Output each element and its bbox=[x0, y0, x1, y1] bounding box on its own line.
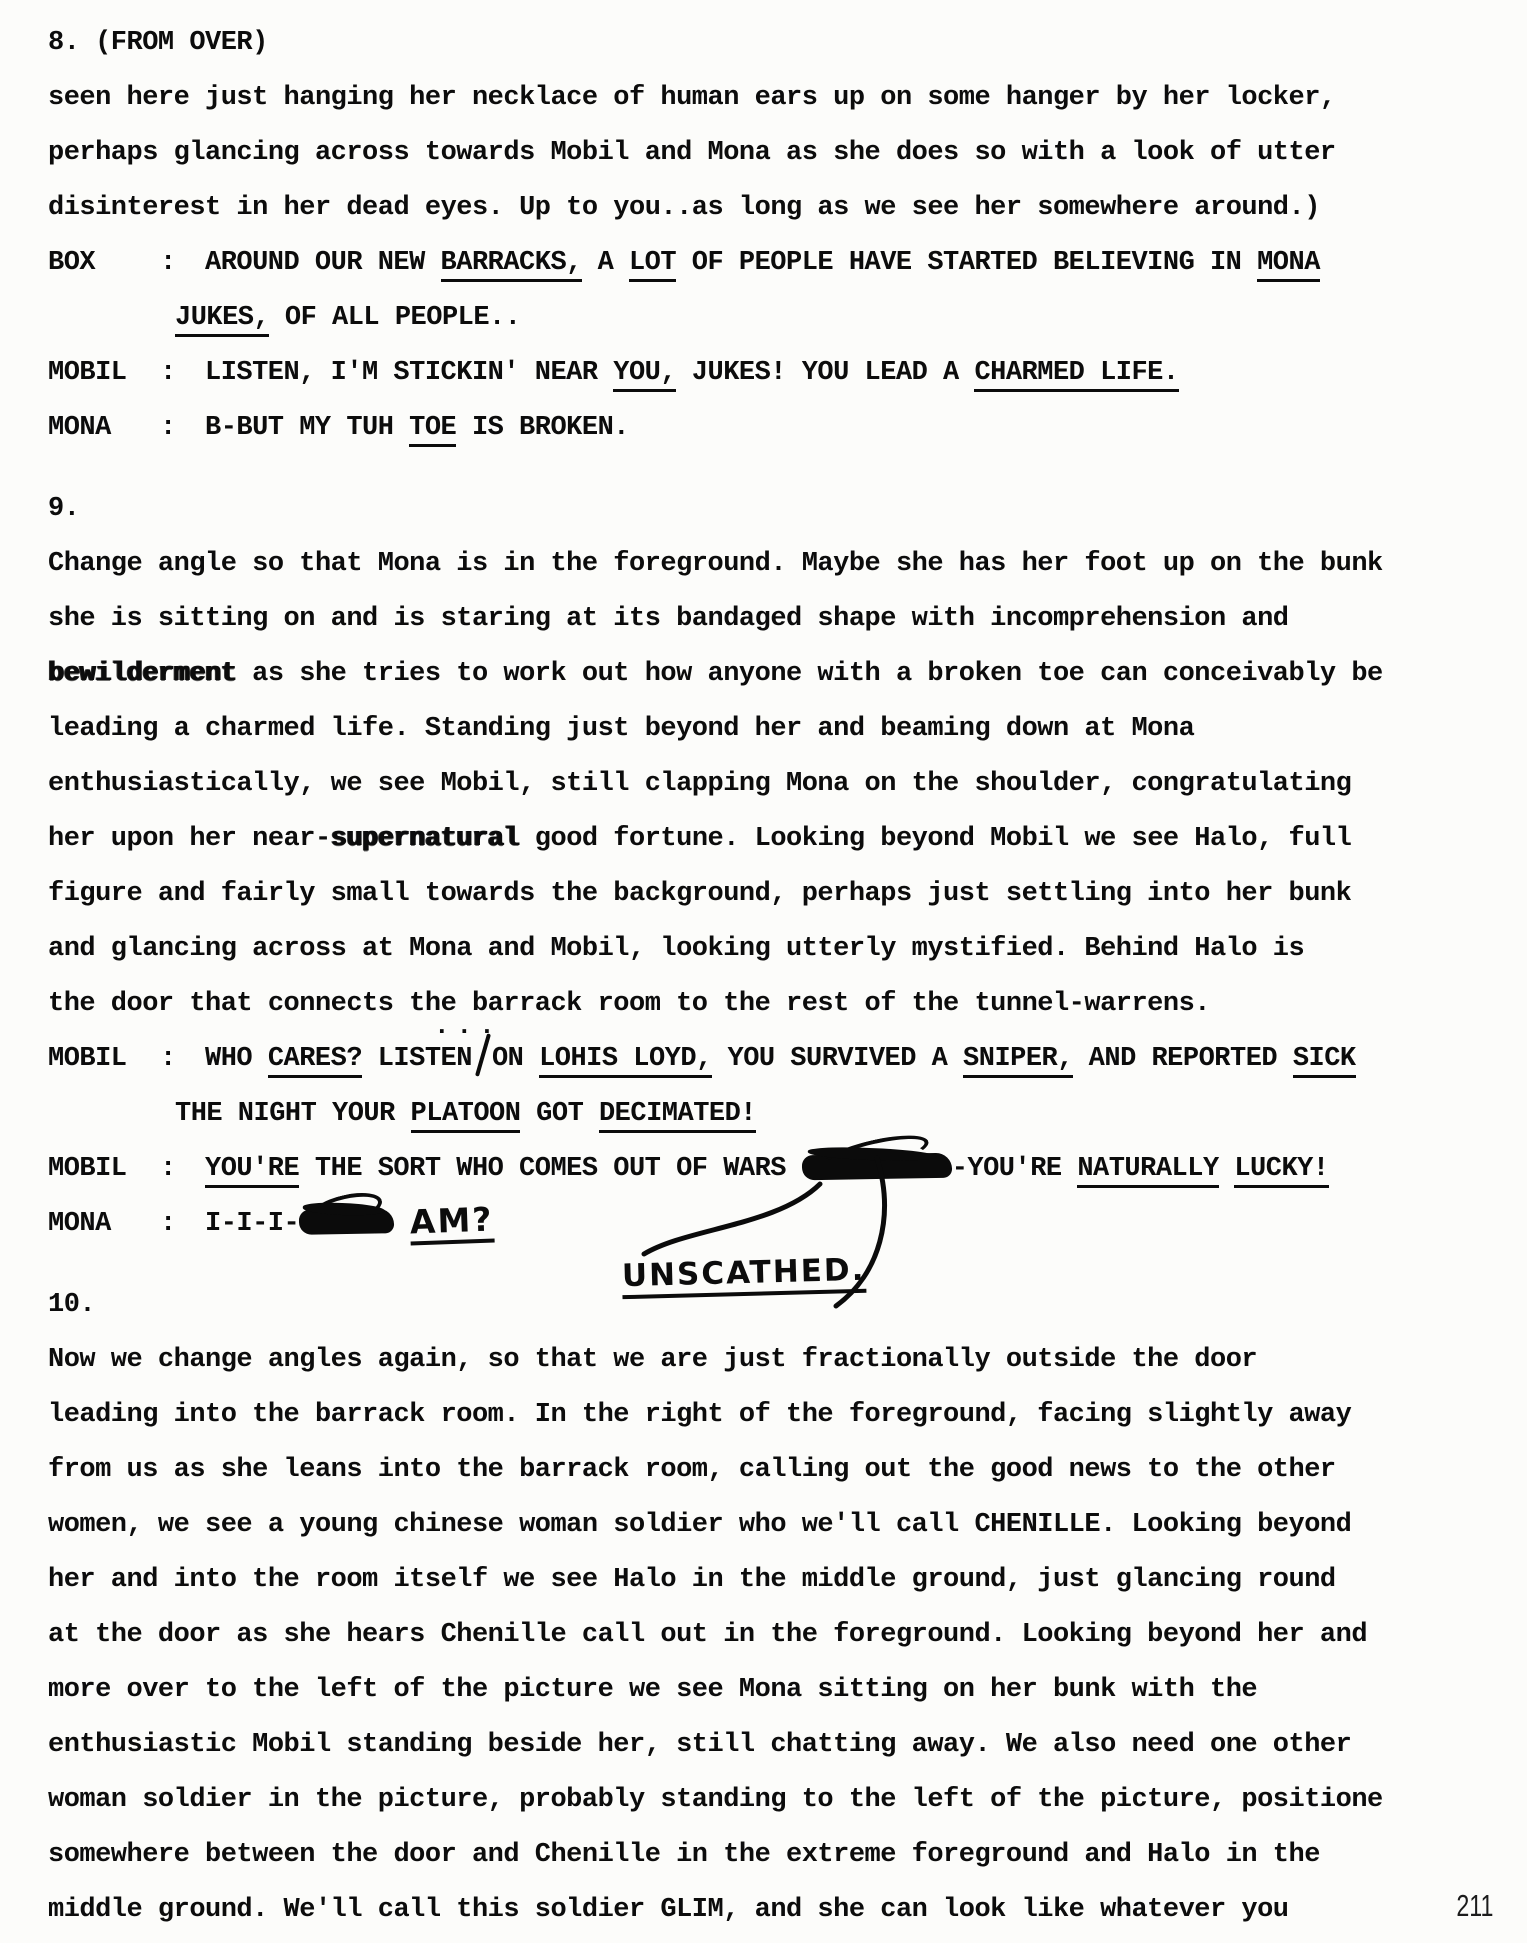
underlined-text: CARES? bbox=[268, 1044, 362, 1078]
typed-text: her and into the room itself we see Halo… bbox=[48, 1565, 1336, 1595]
speaker-name: MOBIL bbox=[48, 346, 160, 401]
action-paragraph: Now we change angles again, so that we a… bbox=[48, 1333, 1527, 1938]
dialogue-row: MOBIL:LISTEN, I'M STICKIN' NEAR YOU, JUK… bbox=[48, 346, 1527, 401]
speaker-colon: : bbox=[160, 236, 205, 291]
handwritten-text: AM? bbox=[409, 1203, 494, 1246]
dialogue-row: MONA:B-BUT MY TUH TOE IS BROKEN. bbox=[48, 401, 1527, 456]
typed-text: LISTEN bbox=[362, 1044, 472, 1074]
dialogue-row: MOBIL:WHO CARES? LISTEN...ON LOHIS LOYD,… bbox=[48, 1032, 1527, 1142]
speaker-name: MONA bbox=[48, 1197, 160, 1252]
insertion-caret: ... bbox=[472, 1035, 492, 1075]
dialogue-line: JUKES, OF ALL PEOPLE.. bbox=[175, 291, 1527, 346]
action-line: women, we see a young chinese woman sold… bbox=[48, 1498, 1527, 1553]
dialogue-lines: B-BUT MY TUH TOE IS BROKEN. bbox=[205, 401, 1527, 456]
underlined-text: BARRACKS, bbox=[441, 248, 582, 282]
underlined-text: LUCKY! bbox=[1234, 1154, 1328, 1188]
typed-text: and glancing across at Mona and Mobil, l… bbox=[48, 934, 1304, 964]
underlined-text: SNIPER, bbox=[963, 1044, 1073, 1078]
typed-text: somewhere between the door and Chenille … bbox=[48, 1840, 1320, 1870]
dialogue-line: LISTEN, I'M STICKIN' NEAR YOU, JUKES! YO… bbox=[205, 346, 1527, 401]
typed-text: LISTEN, I'M STICKIN' NEAR bbox=[205, 358, 613, 388]
typed-text: supernatural bbox=[331, 824, 519, 854]
typed-text: JUKES! YOU LEAD A bbox=[676, 358, 974, 388]
typed-text: women, we see a young chinese woman sold… bbox=[48, 1510, 1351, 1540]
typed-text: the door that connects the barrack room … bbox=[48, 989, 1210, 1019]
typed-text: B-BUT MY TUH bbox=[205, 413, 409, 443]
dialogue-row: MOBIL:YOU'RE THE SORT WHO COMES OUT OF W… bbox=[48, 1142, 1527, 1197]
typed-text: bewilderment bbox=[48, 659, 236, 689]
typed-text: enthusiastically, we see Mobil, still cl… bbox=[48, 769, 1351, 799]
scribble-redaction bbox=[801, 1153, 951, 1181]
speaker-colon: : bbox=[160, 1032, 205, 1087]
typed-text: as she tries to work out how anyone with… bbox=[236, 659, 1382, 689]
dialogue-line: I-I-I- AM? bbox=[205, 1197, 1527, 1252]
action-paragraph: Change angle so that Mona is in the fore… bbox=[48, 537, 1527, 1032]
underlined-text: YOU'RE bbox=[205, 1154, 299, 1188]
typed-text: AND REPORTED bbox=[1073, 1044, 1293, 1074]
dialogue-lines: I-I-I- AM? bbox=[205, 1197, 1527, 1252]
speaker-name: BOX bbox=[48, 236, 160, 291]
dialogue-row: MONA:I-I-I- AM? bbox=[48, 1197, 1527, 1252]
typed-text: seen here just hanging her necklace of h… bbox=[48, 83, 1336, 113]
underlined-text: NATURALLY bbox=[1077, 1154, 1218, 1188]
typed-text: -YOU'RE bbox=[952, 1154, 1078, 1184]
typed-text: she is sitting on and is staring at its … bbox=[48, 604, 1289, 634]
dialogue-line: AROUND OUR NEW BARRACKS, A LOT OF PEOPLE… bbox=[205, 236, 1527, 291]
annotation-text: UNSCATHED. bbox=[622, 1255, 866, 1299]
action-line: Change angle so that Mona is in the fore… bbox=[48, 537, 1527, 592]
typed-text: from us as she leans into the barrack ro… bbox=[48, 1455, 1336, 1485]
action-line: bewilderment as she tries to work out ho… bbox=[48, 647, 1527, 702]
typed-text: GOT bbox=[520, 1099, 599, 1129]
typed-text: leading into the barrack room. In the ri… bbox=[48, 1400, 1351, 1430]
typed-text: OF PEOPLE HAVE STARTED BELIEVING IN bbox=[676, 248, 1257, 278]
speaker-colon: : bbox=[160, 401, 205, 456]
page-number: 211 bbox=[1456, 1878, 1493, 1933]
section-heading: 9. bbox=[48, 482, 1527, 537]
dialogue-line: WHO CARES? LISTEN...ON LOHIS LOYD, YOU S… bbox=[205, 1032, 1527, 1087]
action-line: her upon her near-supernatural good fort… bbox=[48, 812, 1527, 867]
typed-text: woman soldier in the picture, probably s… bbox=[48, 1785, 1383, 1815]
typed-text: Change angle so that Mona is in the fore… bbox=[48, 549, 1383, 579]
underlined-text: LOHIS LOYD, bbox=[539, 1044, 712, 1078]
typed-text bbox=[1219, 1154, 1235, 1184]
action-line: leading into the barrack room. In the ri… bbox=[48, 1388, 1527, 1443]
action-line: and glancing across at Mona and Mobil, l… bbox=[48, 922, 1527, 977]
action-line: seen here just hanging her necklace of h… bbox=[48, 71, 1527, 126]
typed-text: middle ground. We'll call this soldier G… bbox=[48, 1895, 1289, 1925]
underlined-text: CHARMED LIFE. bbox=[974, 358, 1178, 392]
speaker-colon: : bbox=[160, 1197, 205, 1252]
action-paragraph: seen here just hanging her necklace of h… bbox=[48, 71, 1527, 236]
typed-text: YOU SURVIVED A bbox=[712, 1044, 963, 1074]
dialogue-lines: AROUND OUR NEW BARRACKS, A LOT OF PEOPLE… bbox=[205, 236, 1527, 346]
underlined-text: LOT bbox=[629, 248, 676, 282]
dialogue-lines: LISTEN, I'M STICKIN' NEAR YOU, JUKES! YO… bbox=[205, 346, 1527, 401]
inserted-ellipsis: ... bbox=[434, 1013, 502, 1039]
typed-text: leading a charmed life. Standing just be… bbox=[48, 714, 1194, 744]
action-line: middle ground. We'll call this soldier G… bbox=[48, 1883, 1527, 1938]
script-page: 211 8. (FROM OVER)seen here just hanging… bbox=[0, 0, 1527, 1943]
action-line: enthusiastic Mobil standing beside her, … bbox=[48, 1718, 1527, 1773]
action-line: enthusiastically, we see Mobil, still cl… bbox=[48, 757, 1527, 812]
underlined-text: MONA bbox=[1257, 248, 1320, 282]
action-line: woman soldier in the picture, probably s… bbox=[48, 1773, 1527, 1828]
speaker-name: MOBIL bbox=[48, 1142, 160, 1197]
speaker-colon: : bbox=[160, 1142, 205, 1197]
typed-text: good fortune. Looking beyond Mobil we se… bbox=[519, 824, 1351, 854]
typed-text: her upon her near- bbox=[48, 824, 331, 854]
underlined-text: TOE bbox=[409, 413, 456, 447]
typed-text: WHO bbox=[205, 1044, 268, 1074]
action-line: more over to the left of the picture we … bbox=[48, 1663, 1527, 1718]
typed-text: A bbox=[582, 248, 629, 278]
typed-text: ON bbox=[492, 1044, 539, 1074]
typed-text: disinterest in her dead eyes. Up to you.… bbox=[48, 193, 1320, 223]
speaker-name: MOBIL bbox=[48, 1032, 160, 1087]
underlined-text: DECIMATED! bbox=[599, 1099, 756, 1133]
underlined-text: PLATOON bbox=[411, 1099, 521, 1133]
speaker-name: MONA bbox=[48, 401, 160, 456]
dialogue-line: YOU'RE THE SORT WHO COMES OUT OF WARS -Y… bbox=[205, 1142, 1527, 1197]
typed-text: figure and fairly small towards the back… bbox=[48, 879, 1351, 909]
typed-text: at the door as she hears Chenille call o… bbox=[48, 1620, 1367, 1650]
action-line: disinterest in her dead eyes. Up to you.… bbox=[48, 181, 1527, 236]
underlined-text: SICK bbox=[1293, 1044, 1356, 1078]
typed-text bbox=[394, 1209, 410, 1239]
action-line: Now we change angles again, so that we a… bbox=[48, 1333, 1527, 1388]
dialogue-lines: YOU'RE THE SORT WHO COMES OUT OF WARS -Y… bbox=[205, 1142, 1527, 1197]
typed-text: IS BROKEN. bbox=[456, 413, 629, 443]
typed-text: Now we change angles again, so that we a… bbox=[48, 1345, 1257, 1375]
dialogue-lines: WHO CARES? LISTEN...ON LOHIS LOYD, YOU S… bbox=[205, 1032, 1527, 1142]
underlined-text: YOU, bbox=[613, 358, 676, 392]
typed-text: OF ALL PEOPLE.. bbox=[269, 303, 520, 333]
action-line: perhaps glancing across towards Mobil an… bbox=[48, 126, 1527, 181]
action-line: at the door as she hears Chenille call o… bbox=[48, 1608, 1527, 1663]
underlined-text: JUKES, bbox=[175, 303, 269, 337]
dialogue-line: B-BUT MY TUH TOE IS BROKEN. bbox=[205, 401, 1527, 456]
scribble-redaction bbox=[299, 1208, 394, 1235]
dialogue-row: BOX:AROUND OUR NEW BARRACKS, A LOT OF PE… bbox=[48, 236, 1527, 346]
dialogue-line: THE NIGHT YOUR PLATOON GOT DECIMATED! bbox=[175, 1087, 1527, 1142]
typed-text: THE NIGHT YOUR bbox=[175, 1099, 411, 1129]
section-heading: 8. (FROM OVER) bbox=[48, 16, 1527, 71]
typed-text: enthusiastic Mobil standing beside her, … bbox=[48, 1730, 1351, 1760]
action-line: the door that connects the barrack room … bbox=[48, 977, 1527, 1032]
action-line: her and into the room itself we see Halo… bbox=[48, 1553, 1527, 1608]
annotation-unscathed: UNSCATHED. bbox=[622, 1250, 866, 1305]
speaker-colon: : bbox=[160, 346, 205, 401]
action-line: leading a charmed life. Standing just be… bbox=[48, 702, 1527, 757]
typed-text: AROUND OUR NEW bbox=[205, 248, 441, 278]
typed-text: I-I-I- bbox=[205, 1209, 299, 1239]
action-line: figure and fairly small towards the back… bbox=[48, 867, 1527, 922]
typed-text: THE SORT WHO COMES OUT OF WARS bbox=[299, 1154, 801, 1184]
typed-text: perhaps glancing across towards Mobil an… bbox=[48, 138, 1336, 168]
action-line: somewhere between the door and Chenille … bbox=[48, 1828, 1527, 1883]
action-line: she is sitting on and is staring at its … bbox=[48, 592, 1527, 647]
typed-text: more over to the left of the picture we … bbox=[48, 1675, 1257, 1705]
action-line: from us as she leans into the barrack ro… bbox=[48, 1443, 1527, 1498]
